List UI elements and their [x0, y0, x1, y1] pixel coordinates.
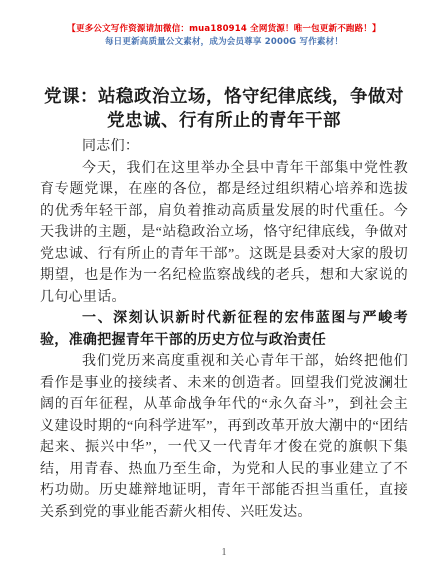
- document-title: 党课：站稳政治立场，恪守纪律底线，争做对 党忠诚、行有所止的青年干部: [0, 85, 448, 133]
- section-heading: 一、深刻认识新时代新征程的宏伟蓝图与严峻考验，准确把握青年干部的历史方位与政治责…: [40, 308, 408, 351]
- document-body: 同志们： 今天，我们在这里举办全县中青年干部集中党性教育专题党课，在座的各位，都…: [40, 136, 408, 523]
- document-title-line-2: 党忠诚、行有所止的青年干部: [34, 109, 414, 133]
- paragraph-intro: 今天，我们在这里举办全县中青年干部集中党性教育专题党课，在座的各位，都是经过组织…: [40, 158, 408, 309]
- header-ad-line-2: 每日更新高质量公文素材，成为会员尊享 2000G 写作素材！: [0, 36, 448, 49]
- document-title-line-1: 党课：站稳政治立场，恪守纪律底线，争做对: [34, 85, 414, 109]
- page-number: 1: [0, 547, 448, 558]
- header-ad: 【更多公文写作资源请加微信：mua180914 全网货源！唯一包更新不跑路！】 …: [0, 0, 448, 49]
- header-ad-line-1: 【更多公文写作资源请加微信：mua180914 全网货源！唯一包更新不跑路！】: [0, 23, 448, 36]
- paragraph-section-body: 我们党历来高度重视和关心青年干部，始终把他们看作是事业的接续者、未来的创造者。回…: [40, 351, 408, 523]
- paragraph-salutation: 同志们：: [40, 136, 408, 158]
- document-page: 【更多公文写作资源请加微信：mua180914 全网货源！唯一包更新不跑路！】 …: [0, 0, 448, 580]
